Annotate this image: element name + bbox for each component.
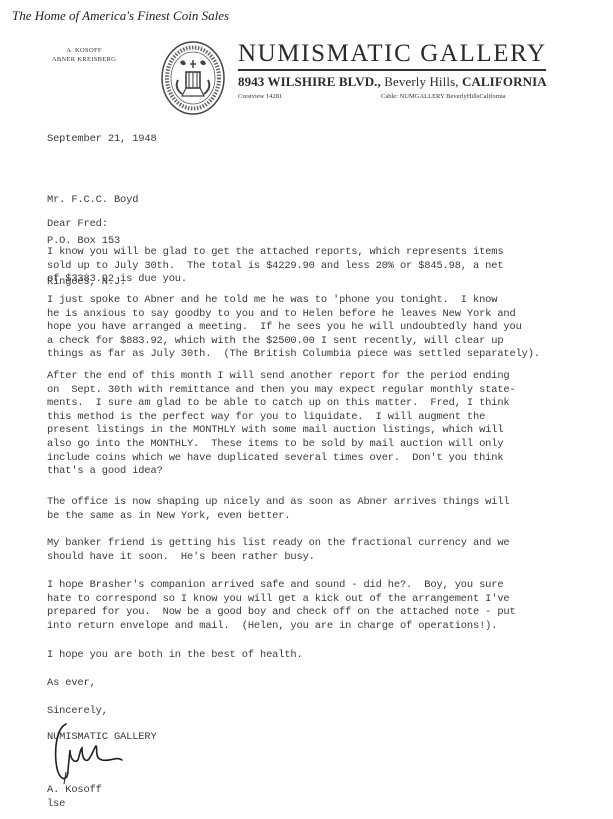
partner-name: ABNER KREISBERG	[44, 55, 124, 64]
partner-name: A. KOSOFF	[44, 46, 124, 55]
address-street: 8943 WILSHIRE BLVD.,	[238, 74, 381, 89]
letter-date: September 21, 1948	[47, 133, 157, 147]
letter-paragraph: The office is now shaping up nicely and …	[47, 496, 510, 523]
letterhead-tagline: The Home of America's Finest Coin Sales	[12, 8, 229, 24]
letter-paragraph: I know you will be glad to get the attac…	[47, 246, 503, 287]
typist-initials: lse	[47, 798, 65, 812]
letterhead-rule	[238, 69, 546, 71]
coin-seal-logo-icon	[160, 40, 226, 116]
company-address: 8943 WILSHIRE BLVD., Beverly Hills, CALI…	[238, 74, 547, 90]
address-state: CALIFORNIA	[462, 74, 547, 89]
signer-name: A. Kosoff	[47, 784, 102, 798]
letter-paragraph: After the end of this month I will send …	[47, 370, 516, 479]
company-name: NUMISMATIC GALLERY	[238, 40, 547, 68]
handwritten-signature-icon	[52, 720, 132, 790]
letterhead-partners: A. KOSOFF ABNER KREISBERG	[44, 46, 124, 64]
closing-as-ever: As ever,	[47, 677, 96, 691]
letter-paragraph: I just spoke to Abner and he told me he …	[47, 294, 540, 362]
salutation: Dear Fred:	[47, 218, 108, 232]
address-city: Beverly Hills,	[381, 74, 462, 89]
company-phone: Crestview 14281	[238, 93, 282, 100]
closing-sincerely: Sincerely,	[47, 705, 108, 719]
recipient-line: Mr. F.C.C. Boyd	[47, 194, 138, 208]
letter-paragraph: I hope you are both in the best of healt…	[47, 649, 303, 663]
company-cable: Cable: NUMGALLERY BeverlyHillsCalifornia	[381, 93, 506, 100]
letter-paragraph: My banker friend is getting his list rea…	[47, 537, 510, 564]
letter-paragraph: I hope Brasher's companion arrived safe …	[47, 579, 516, 633]
